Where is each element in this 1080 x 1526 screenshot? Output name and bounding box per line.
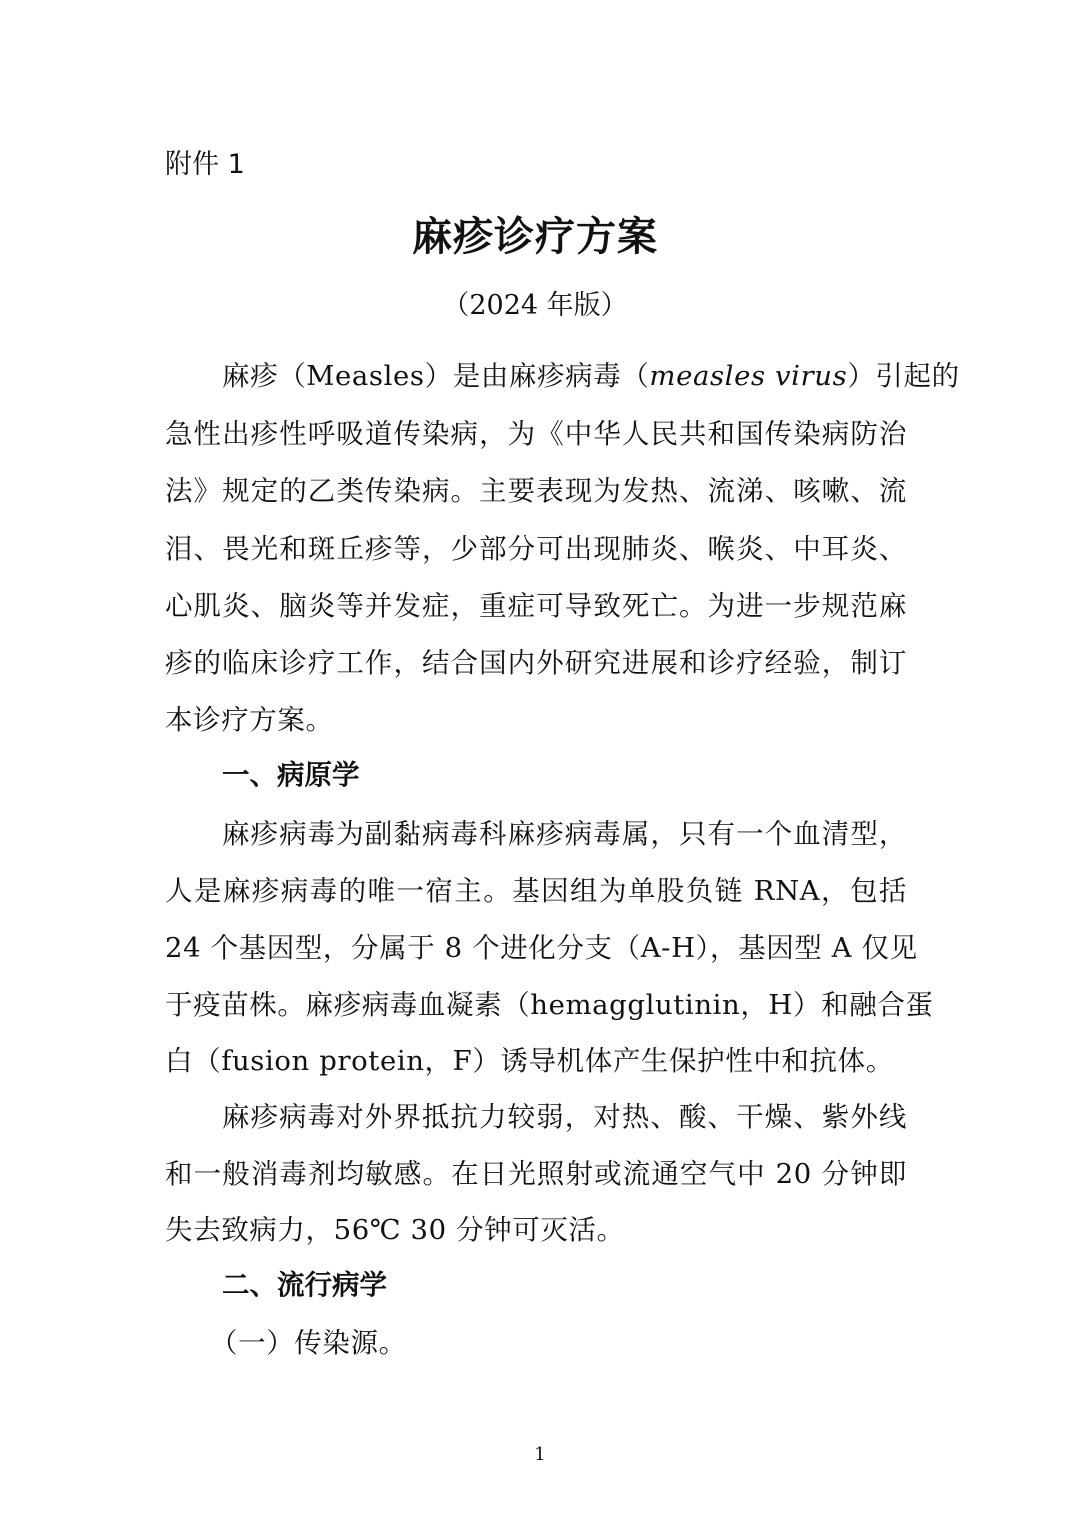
etiology-line: 人是麻疹病毒的唯一宿主。基因组为单股负链 RNA，包括 — [165, 868, 907, 908]
resistance-line: 失去致病力，56℃ 30 分钟可灭活。 — [165, 1207, 625, 1247]
intro-first-line: 麻疹（Measles）是由麻疹病毒（measles virus）引起的 — [222, 353, 907, 393]
etiology-line: 24 个基因型，分属于 8 个进化分支（A-H），基因型 A 仅见 — [165, 925, 907, 965]
subsection-heading-source: （一）传染源。 — [210, 1320, 407, 1360]
resistance-line: 麻疹病毒对外界抵抗力较弱，对热、酸、干燥、紫外线 — [222, 1094, 907, 1134]
page-number: 1 — [0, 1444, 1080, 1465]
document-subtitle: （2024 年版） — [0, 283, 1070, 322]
latin-name: measles virus — [649, 360, 847, 392]
intro-line: 本诊疗方案。 — [165, 697, 334, 737]
section-heading-etiology: 一、病原学 — [222, 752, 360, 792]
etiology-line: 麻疹病毒为副黏病毒科麻疹病毒属，只有一个血清型， — [222, 811, 907, 851]
intro-text: ）引起的 — [847, 360, 959, 392]
intro-line: 心肌炎、脑炎等并发症，重症可导致死亡。为进一步规范麻 — [165, 583, 907, 623]
attachment-label: 附件 1 — [165, 142, 245, 181]
intro-text: 麻疹（Measles）是由麻疹病毒（ — [222, 360, 649, 392]
etiology-line: 于疫苗株。麻疹病毒血凝素（hemagglutinin，H）和融合蛋 — [165, 982, 907, 1022]
resistance-line: 和一般消毒剂均敏感。在日光照射或流通空气中 20 分钟即 — [165, 1151, 907, 1191]
intro-line: 疹的临床诊疗工作，结合国内外研究进展和诊疗经验，制订 — [165, 640, 907, 680]
intro-line: 急性出疹性呼吸道传染病，为《中华人民共和国传染病防治 — [165, 411, 907, 451]
intro-line: 法》规定的乙类传染病。主要表现为发热、流涕、咳嗽、流 — [165, 468, 907, 508]
intro-line: 泪、畏光和斑丘疹等，少部分可出现肺炎、喉炎、中耳炎、 — [165, 526, 907, 566]
document-title: 麻疹诊疗方案 — [0, 205, 1070, 262]
section-heading-epidemiology: 二、流行病学 — [222, 1262, 387, 1302]
etiology-line: 白（fusion protein，F）诱导机体产生保护性中和抗体。 — [165, 1038, 894, 1078]
